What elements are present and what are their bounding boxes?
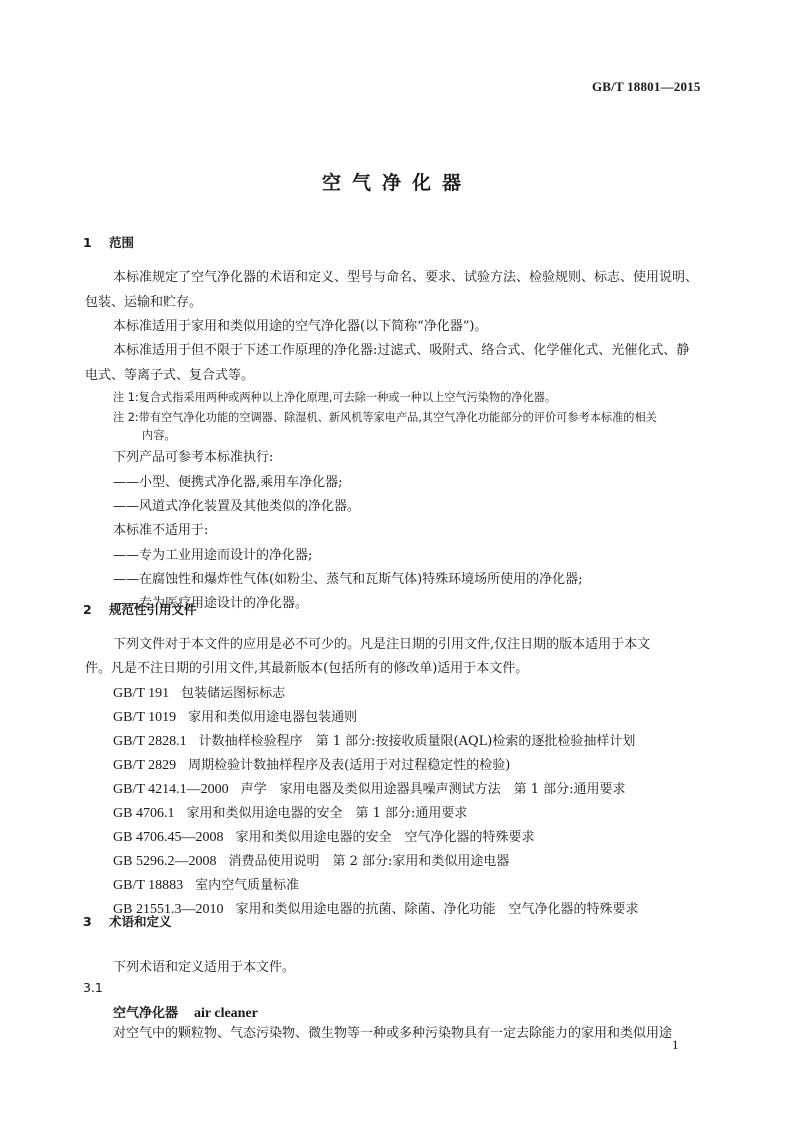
list-item: ——风道式净化装置及其他类似的净化器。 bbox=[113, 497, 360, 517]
reference-code: GB 4706.1 bbox=[113, 806, 174, 822]
reference-title: 消费品使用说明 第 2 部分:家用和类似用途电器 bbox=[228, 854, 509, 869]
reference-item: GB 4706.45—2008家用和类似用途电器的安全 空气净化器的特殊要求 bbox=[113, 826, 534, 846]
term-definition: 对空气中的颗粒物、气态污染物、微生物等一种或多种污染物具有一定去除能力的家用和类… bbox=[113, 1024, 672, 1044]
section-number: 3 bbox=[83, 914, 109, 929]
reference-code: GB 5296.2—2008 bbox=[113, 854, 216, 870]
section-2-heading: 2规范性引用文件 bbox=[83, 600, 197, 618]
reference-code: GB/T 4214.1—2000 bbox=[113, 782, 229, 798]
term-heading: 空气净化器air cleaner bbox=[113, 1002, 258, 1022]
section-title: 术语和定义 bbox=[109, 914, 172, 929]
reference-title: 声学 家用电器及类似用途器具噪声测试方法 第 1 部分:通用要求 bbox=[241, 782, 626, 797]
paragraph: 下列文件对于本文件的应用是必不可少的。凡是注日期的引用文件,仅注日期的版本适用于… bbox=[113, 635, 650, 655]
note-1: 注 1:复合式指采用两种或两种以上净化原理,可去除一种或一种以上空气污染物的净化… bbox=[113, 389, 556, 406]
standard-code: GB/T 18801—2015 bbox=[592, 79, 701, 95]
paragraph: 下列术语和定义适用于本文件。 bbox=[113, 958, 295, 978]
section-3-heading: 3术语和定义 bbox=[83, 912, 172, 930]
section-title: 范围 bbox=[109, 235, 134, 250]
list-item: ——专为工业用途而设计的净化器; bbox=[113, 546, 312, 566]
paragraph: 件。凡是不注日期的引用文件,其最新版本(包括所有的修改单)适用于本文件。 bbox=[85, 659, 528, 679]
reference-item: GB 4706.1家用和类似用途电器的安全 第 1 部分:通用要求 bbox=[113, 802, 467, 822]
reference-title: 家用和类似用途电器包装通则 bbox=[188, 710, 357, 725]
reference-code: GB/T 1019 bbox=[113, 710, 176, 726]
note-2-continued: 内容。 bbox=[142, 427, 176, 444]
reference-title: 室内空气质量标准 bbox=[195, 878, 299, 893]
reference-code: GB/T 2829 bbox=[113, 758, 176, 774]
reference-title: 计数抽样检验程序 第 1 部分:按接收质量限(AQL)检索的逐批检验抽样计划 bbox=[199, 734, 636, 749]
reference-item: GB/T 191包装储运图标标志 bbox=[113, 682, 285, 702]
section-title: 规范性引用文件 bbox=[109, 602, 197, 617]
section-number: 2 bbox=[83, 602, 109, 617]
reference-item: GB 21551.3—2010家用和类似用途电器的抗菌、除菌、净化功能 空气净化… bbox=[113, 898, 638, 918]
reference-code: GB/T 191 bbox=[113, 686, 169, 702]
not-applicable-intro: 本标准不适用于: bbox=[113, 521, 208, 541]
reference-title: 包装储运图标标志 bbox=[181, 686, 285, 701]
reference-code: GB/T 2828.1 bbox=[113, 734, 187, 750]
term-english: air cleaner bbox=[194, 1006, 258, 1021]
reference-item: GB/T 2828.1计数抽样检验程序 第 1 部分:按接收质量限(AQL)检索… bbox=[113, 730, 635, 750]
list-item: ——在腐蚀性和爆炸性气体(如粉尘、蒸气和瓦斯气体)特殊环境场所使用的净化器; bbox=[113, 570, 583, 590]
reference-title: 家用和类似用途电器的安全 空气净化器的特殊要求 bbox=[235, 830, 534, 845]
reference-code: GB 4706.45—2008 bbox=[113, 830, 223, 846]
reference-item: GB/T 18883室内空气质量标准 bbox=[113, 874, 299, 894]
reference-title: 周期检验计数抽样程序及表(适用于对过程稳定性的检验) bbox=[188, 758, 510, 773]
paragraph: 本标准适用于但不限于下述工作原理的净化器:过滤式、吸附式、络合式、化学催化式、光… bbox=[113, 341, 689, 361]
reference-item: GB/T 4214.1—2000声学 家用电器及类似用途器具噪声测试方法 第 1… bbox=[113, 778, 626, 798]
term-number: 3.1 bbox=[83, 980, 103, 995]
section-1-heading: 1范围 bbox=[83, 233, 134, 251]
paragraph: 包装、运输和贮存。 bbox=[85, 293, 202, 313]
list-item: ——小型、便携式净化器,乘用车净化器; bbox=[113, 473, 343, 493]
paragraph: 电式、等离子式、复合式等。 bbox=[85, 366, 254, 386]
reference-title: 家用和类似用途电器的安全 第 1 部分:通用要求 bbox=[186, 806, 467, 821]
document-title: 空气净化器 bbox=[0, 168, 794, 195]
page-number: 1 bbox=[672, 1037, 679, 1053]
reference-title: 家用和类似用途电器的抗菌、除菌、净化功能 空气净化器的特殊要求 bbox=[235, 902, 638, 917]
note-2: 注 2:带有空气净化功能的空调器、除湿机、新风机等家电产品,其空气净化功能部分的… bbox=[113, 409, 657, 426]
applicable-intro: 下列产品可参考本标准执行: bbox=[113, 448, 273, 468]
reference-item: GB/T 2829周期检验计数抽样程序及表(适用于对过程稳定性的检验) bbox=[113, 754, 510, 774]
term-chinese: 空气净化器 bbox=[113, 1006, 178, 1021]
reference-item: GB/T 1019家用和类似用途电器包装通则 bbox=[113, 706, 357, 726]
section-number: 1 bbox=[83, 235, 109, 250]
paragraph: 本标准规定了空气净化器的术语和定义、型号与命名、要求、试验方法、检验规则、标志、… bbox=[113, 268, 698, 288]
reference-code: GB/T 18883 bbox=[113, 878, 183, 894]
reference-item: GB 5296.2—2008消费品使用说明 第 2 部分:家用和类似用途电器 bbox=[113, 850, 509, 870]
paragraph: 本标准适用于家用和类似用途的空气净化器(以下简称“净化器”)。 bbox=[113, 317, 487, 337]
